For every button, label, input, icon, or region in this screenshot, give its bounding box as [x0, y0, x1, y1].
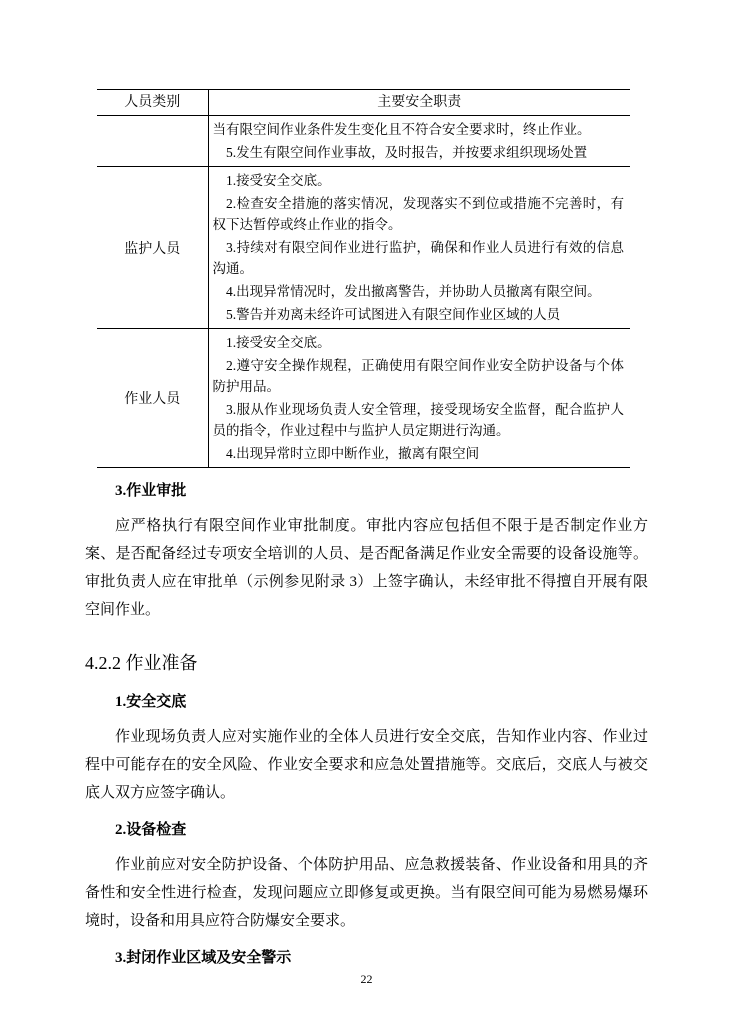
- heading-section-4-2-2: 4.2.2 作业准备: [85, 651, 648, 676]
- heading-safety-briefing: 1.安全交底: [85, 692, 648, 713]
- column-header-main-safety-duties: 主要安全职责: [208, 90, 630, 116]
- table-row: 作业人员 1.接受安全交底。 2.遵守安全操作规程，正确使用有限空间作业安全防护…: [97, 329, 630, 468]
- table-row: 当有限空间作业条件发生变化且不符合安全要求时，终止作业。 5.发生有限空间作业事…: [97, 116, 630, 167]
- document-page: 人员类别 主要安全职责 当有限空间作业条件发生变化且不符合安全要求时，终止作业。…: [0, 0, 733, 1035]
- duty-table-container: 人员类别 主要安全职责 当有限空间作业条件发生变化且不符合安全要求时，终止作业。…: [97, 89, 648, 468]
- duty-item: 当有限空间作业条件发生变化且不符合安全要求时，终止作业。: [213, 119, 625, 140]
- paragraph-equipment-check: 作业前应对安全防护设备、个体防护用品、应急救援装备、作业设备和用具的齐备性和安全…: [85, 851, 648, 935]
- paragraph-work-approval: 应严格执行有限空间作业审批制度。审批内容应包括但不限于是否制定作业方案、是否配备…: [85, 512, 648, 624]
- page-number: 22: [0, 972, 733, 987]
- category-cell-guardian: 监护人员: [97, 167, 208, 329]
- duty-table: 人员类别 主要安全职责 当有限空间作业条件发生变化且不符合安全要求时，终止作业。…: [97, 89, 630, 468]
- duty-item: 3.服从作业现场负责人安全管理，接受现场安全监督，配合监护人员的指令，作业过程中…: [213, 399, 625, 441]
- heading-work-approval: 3.作业审批: [85, 481, 648, 502]
- duty-cell: 当有限空间作业条件发生变化且不符合安全要求时，终止作业。 5.发生有限空间作业事…: [208, 116, 630, 167]
- duty-item: 5.警告并劝离未经许可试图进入有限空间作业区域的人员: [213, 304, 625, 325]
- column-header-personnel-category: 人员类别: [97, 90, 208, 116]
- duty-item: 3.持续对有限空间作业进行监护，确保和作业人员进行有效的信息沟通。: [213, 237, 625, 279]
- table-header-row: 人员类别 主要安全职责: [97, 90, 630, 116]
- duty-item: 2.检查安全措施的落实情况，发现落实不到位或措施不完善时，有权下达暂停或终止作业…: [213, 193, 625, 235]
- heading-closed-area-warning: 3.封闭作业区域及安全警示: [85, 948, 648, 969]
- heading-equipment-check: 2.设备检查: [85, 820, 648, 841]
- duty-item: 4.出现异常时立即中断作业，撤离有限空间: [213, 443, 625, 464]
- duty-cell: 1.接受安全交底。 2.检查安全措施的落实情况，发现落实不到位或措施不完善时，有…: [208, 167, 630, 329]
- category-cell-continued: [97, 116, 208, 167]
- duty-item: 1.接受安全交底。: [213, 170, 625, 191]
- duty-item: 1.接受安全交底。: [213, 332, 625, 353]
- duty-item: 2.遵守安全操作规程，正确使用有限空间作业安全防护设备与个体防护用品。: [213, 355, 625, 397]
- table-row: 监护人员 1.接受安全交底。 2.检查安全措施的落实情况，发现落实不到位或措施不…: [97, 167, 630, 329]
- duty-cell: 1.接受安全交底。 2.遵守安全操作规程，正确使用有限空间作业安全防护设备与个体…: [208, 329, 630, 468]
- duty-item: 5.发生有限空间作业事故，及时报告，并按要求组织现场处置: [213, 142, 625, 163]
- paragraph-safety-briefing: 作业现场负责人应对实施作业的全体人员进行安全交底，告知作业内容、作业过程中可能存…: [85, 723, 648, 807]
- duty-item: 4.出现异常情况时，发出撤离警告，并协助人员撤离有限空间。: [213, 281, 625, 302]
- category-cell-worker: 作业人员: [97, 329, 208, 468]
